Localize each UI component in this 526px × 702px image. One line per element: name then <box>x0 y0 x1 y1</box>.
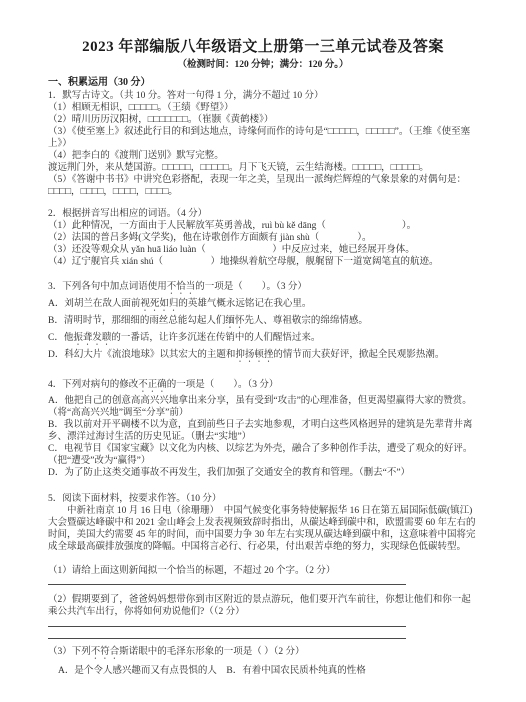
q2-item-4: （4）辽宁舰官兵 xián shú（ ）地操纵着航空母舰，舰艉留下一道宽阔笔直的… <box>48 256 478 268</box>
q4-option-b: B．我以前对开平碉楼不以为意，直到前些日子去实地参观，才明白这些风格迥异的建筑是… <box>48 419 478 443</box>
q3-option-d: D．科幻大片《流浪地球》以其宏大的主题和抑扬顿挫的情节而大获好评，掀起全民观影热… <box>48 348 478 365</box>
q1-item-4: （4）把李白的《渡荆门送别》默写完整。 <box>48 150 478 162</box>
q1-item-1: （1）相顾无相识，□□□□□。（王绩《野望》） <box>48 102 478 114</box>
q3-option-c: C．他振聋发聩的一番话，让许多沉迷在传销中的人们醒悟过来。 <box>48 331 478 348</box>
q3-option-a: A．刘胡兰在敌人面前视死如归的英雄气概永远铭记在我心里。 <box>48 297 478 314</box>
q2-stem: 2．根据拼音写出相应的词语。（4 分） <box>48 208 478 220</box>
q4-option-a: A．他把自己的创意高高兴兴地拿出来分享，虽有受到“攻击”的心理准备，但更渴望赢得… <box>48 395 478 419</box>
q3-option-b: B．清明时节，那细细的雨丝总能勾起人们缅怀先人、尊祖敬宗的绵绵情感。 <box>48 314 478 331</box>
question-2: 2．根据拼音写出相应的词语。（4 分） （1）此种情况，一方面由于人民解放军英勇… <box>48 208 478 268</box>
q4-option-d: D．为了防止这类交通事故不再发生，我们加强了交通安全的教育和管理。（删去“不”） <box>48 467 478 479</box>
q4-stem: 4．下列对病句的修改不正确的一项是（ ）。（3 分） <box>48 379 478 395</box>
question-5: 5．阅读下面材料，按要求作答。（10 分） 中新社南京 10 月 16 日电（徐… <box>48 493 478 677</box>
q1-item-5: （5）《答谢中书书》中讲究色彩搭配，表现一年之美，呈现出一派绚烂辉煌的气象景象的… <box>48 174 478 198</box>
q1-item-2: （2）晴川历历汉阳树，□□□□□□□。（崔颢《黄鹤楼》） <box>48 114 478 126</box>
q5-sub1: （1）请给上面这则新闻拟一个恰当的标题，不超过 20 个字。（2 分） <box>48 565 478 577</box>
q2-item-1: （1）此种情况，一方面由于人民解放军英勇善战，ruì bù kě dāng（ ）… <box>48 220 478 232</box>
exam-page: 2023 年部编版八年级语文上册第一三单元试卷及答案 （检测时间：120 分钟；… <box>0 0 526 702</box>
page-title: 2023 年部编版八年级语文上册第一三单元试卷及答案 <box>48 38 478 57</box>
q5-sub2: （2）假期要到了，爸爸妈妈想带你到市区附近的景点游玩，他们要开汽车前往，你想让他… <box>48 594 478 618</box>
answer-line <box>48 584 406 585</box>
q1-item-3: （3）《使至塞上》叙述此行目的和到达地点，诗缘何而作的诗句是“□□□□□，□□□… <box>48 126 478 150</box>
q5-sub3: （3）下列不符合斯诺眼中的毛泽东形象的一项是（ ）（2 分） <box>48 646 478 662</box>
question-4: 4．下列对病句的修改不正确的一项是（ ）。（3 分） A．他把自己的创意高高兴兴… <box>48 379 478 479</box>
section-heading: 一、积累运用（30 分） <box>48 77 478 89</box>
q5-material: 中新社南京 10 月 16 日电（徐珊珊） 中国气候变化事务特使解振华 16 日… <box>48 505 478 553</box>
q1-item-4-poem: 渡远荆门外，来从楚国游。□□□□□，□□□□□。月下飞天镜，云生结海楼。□□□□… <box>48 162 478 174</box>
answer-line <box>48 626 406 627</box>
q2-item-3: （3）还没等观众从 yǎn huā liáo luàn（ ）中反应过来，她已经展… <box>48 244 478 256</box>
q2-item-2: （2）法国的普吕多姆(文学奖)，他在诗歌创作方面颇有 jiàn shù（ ）。 <box>48 232 478 244</box>
q5-stem: 5．阅读下面材料，按要求作答。（10 分） <box>48 493 478 505</box>
answer-line <box>48 638 406 639</box>
q3-stem: 3．下列各句中加点词语使用不恰当的一项是（ ）。（3 分） <box>48 280 478 297</box>
question-3: 3．下列各句中加点词语使用不恰当的一项是（ ）。（3 分） A．刘胡兰在敌人面前… <box>48 280 478 365</box>
question-1: 1．默写古诗文。（共 10 分。答对一句得 1 分，满分不超过 10 分） （1… <box>48 90 478 198</box>
page-subtitle: （检测时间：120 分钟；满分：120 分。） <box>48 59 478 71</box>
q5-sub3-options: A．是个令人感兴趣而又有点畏惧的人 B．有着中国农民质朴纯真的性格 <box>48 665 478 677</box>
q1-stem: 1．默写古诗文。（共 10 分。答对一句得 1 分，满分不超过 10 分） <box>48 90 478 102</box>
q4-option-c: C．电视节目《国家宝藏》以文化为内核、以综艺为外壳，融合了多种创作手法，遭受了观… <box>48 443 478 467</box>
